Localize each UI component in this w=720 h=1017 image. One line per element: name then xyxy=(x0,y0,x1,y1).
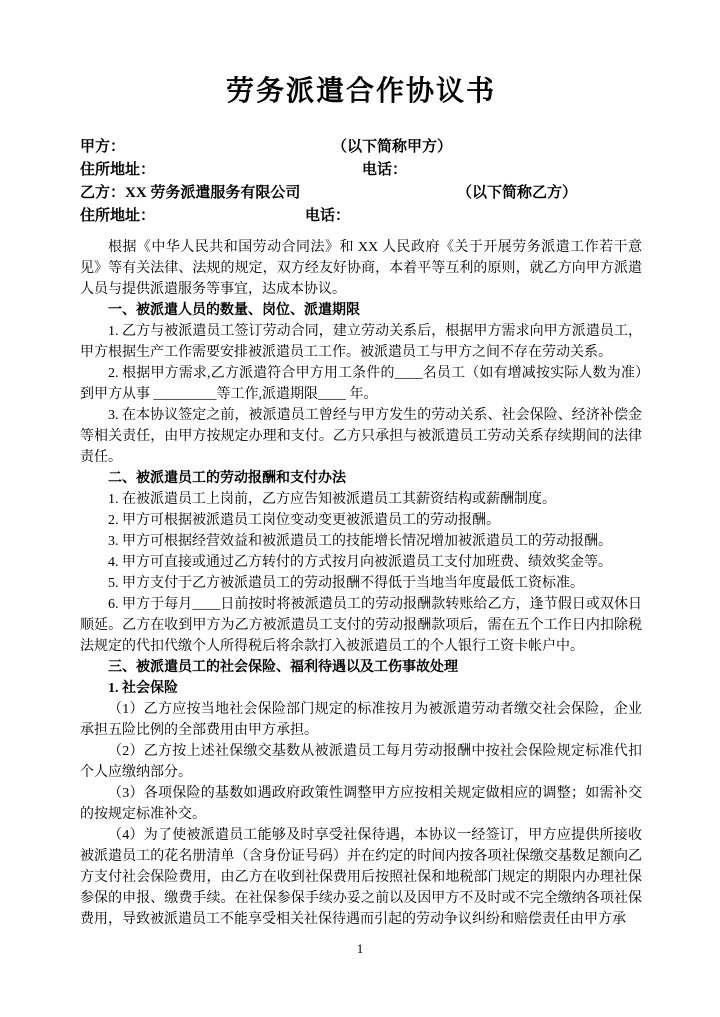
section-heading: 二、被派遣员工的劳动报酬和支付办法 xyxy=(80,468,642,489)
body-paragraph: 6. 甲方于每月____日前按时将被派遣员工的劳动报酬款转账给乙方，逢节假日或双… xyxy=(80,594,642,657)
body-paragraph: 4. 甲方可直接或通过乙方转付的方式按月向被派遣员工支付加班费、绩效奖金等。 xyxy=(80,552,642,573)
party-b-alias: （以下简称乙方） xyxy=(457,182,577,205)
body-paragraph: 根据《中华人民共和国劳动合同法》和 XX 人民政府《关于开展劳务派遣工作若干意见… xyxy=(80,237,642,300)
body-paragraph: 3. 甲方可根据经营效益和被派遣员工的技能增长情况增加被派遣员工的劳动报酬。 xyxy=(80,531,642,552)
section-heading: 三、被派遣员工的社会保险、福利待遇以及工伤事故处理 xyxy=(80,657,642,678)
page-number: 1 xyxy=(0,941,720,957)
party-a-phone-label: 电话： xyxy=(362,159,407,182)
party-a-row: 甲方： （以下简称甲方） xyxy=(80,136,642,159)
party-a-label: 甲方： xyxy=(80,136,125,159)
body-paragraph: （4）为了使被派遣员工能够及时享受社保待遇，本协议一经签订，甲方应提供所接收被派… xyxy=(80,825,642,930)
body-paragraph: 3. 在本协议签定之前，被派遣员工曾经与甲方发生的劳动关系、社会保险、经济补偿金… xyxy=(80,405,642,468)
party-b-row: 乙方：XX 劳务派遣服务有限公司 （以下简称乙方） xyxy=(80,182,642,205)
document-page: 劳务派遣合作协议书 甲方： （以下简称甲方） 住所地址： 电话： 乙方：XX 劳… xyxy=(0,0,720,1017)
document-body: 根据《中华人民共和国劳动合同法》和 XX 人民政府《关于开展劳务派遣工作若干意见… xyxy=(80,237,642,930)
body-paragraph: 1. 乙方与被派遣员工签订劳动合同，建立劳动关系后，根据甲方需求向甲方派遣员工，… xyxy=(80,321,642,363)
body-paragraph: （2）乙方按上述社保缴交基数从被派遣员工每月劳动报酬中按社会保险规定标准代扣个人… xyxy=(80,741,642,783)
party-b-address-label: 住所地址： xyxy=(80,205,155,228)
party-b-label: 乙方：XX 劳务派遣服务有限公司 xyxy=(80,182,300,205)
body-paragraph: 2. 根据甲方需求,乙方派遣符合甲方用工条件的____名员工（如有增减按实际人数… xyxy=(80,363,642,405)
body-paragraph: 1. 在被派遣员工上岗前，乙方应告知被派遣员工其薪资结构或薪酬制度。 xyxy=(80,489,642,510)
section-heading: 一、被派遣人员的数量、岗位、派遣期限 xyxy=(80,300,642,321)
parties-block: 甲方： （以下简称甲方） 住所地址： 电话： 乙方：XX 劳务派遣服务有限公司 … xyxy=(80,136,642,228)
party-a-contact-row: 住所地址： 电话： xyxy=(80,159,642,182)
document-title: 劳务派遣合作协议书 xyxy=(80,0,642,110)
body-paragraph: 2. 甲方可根据被派遣员工岗位变动变更被派遣员工的劳动报酬。 xyxy=(80,510,642,531)
party-a-address-label: 住所地址： xyxy=(80,159,155,182)
party-b-phone-label: 电话： xyxy=(305,205,350,228)
party-b-contact-row: 住所地址： 电话： xyxy=(80,205,642,228)
body-paragraph: 5. 甲方支付于乙方被派遣员工的劳动报酬不得低于当地当年度最低工资标准。 xyxy=(80,573,642,594)
section-heading: 1. 社会保险 xyxy=(80,678,642,699)
party-a-alias: （以下简称甲方） xyxy=(332,136,452,159)
body-paragraph: （3）各项保险的基数如遇政府政策性调整甲方应按相关规定做相应的调整；如需补交的按… xyxy=(80,783,642,825)
body-paragraph: （1）乙方应按当地社会保险部门规定的标准按月为被派遣劳动者缴交社会保险，企业承担… xyxy=(80,699,642,741)
